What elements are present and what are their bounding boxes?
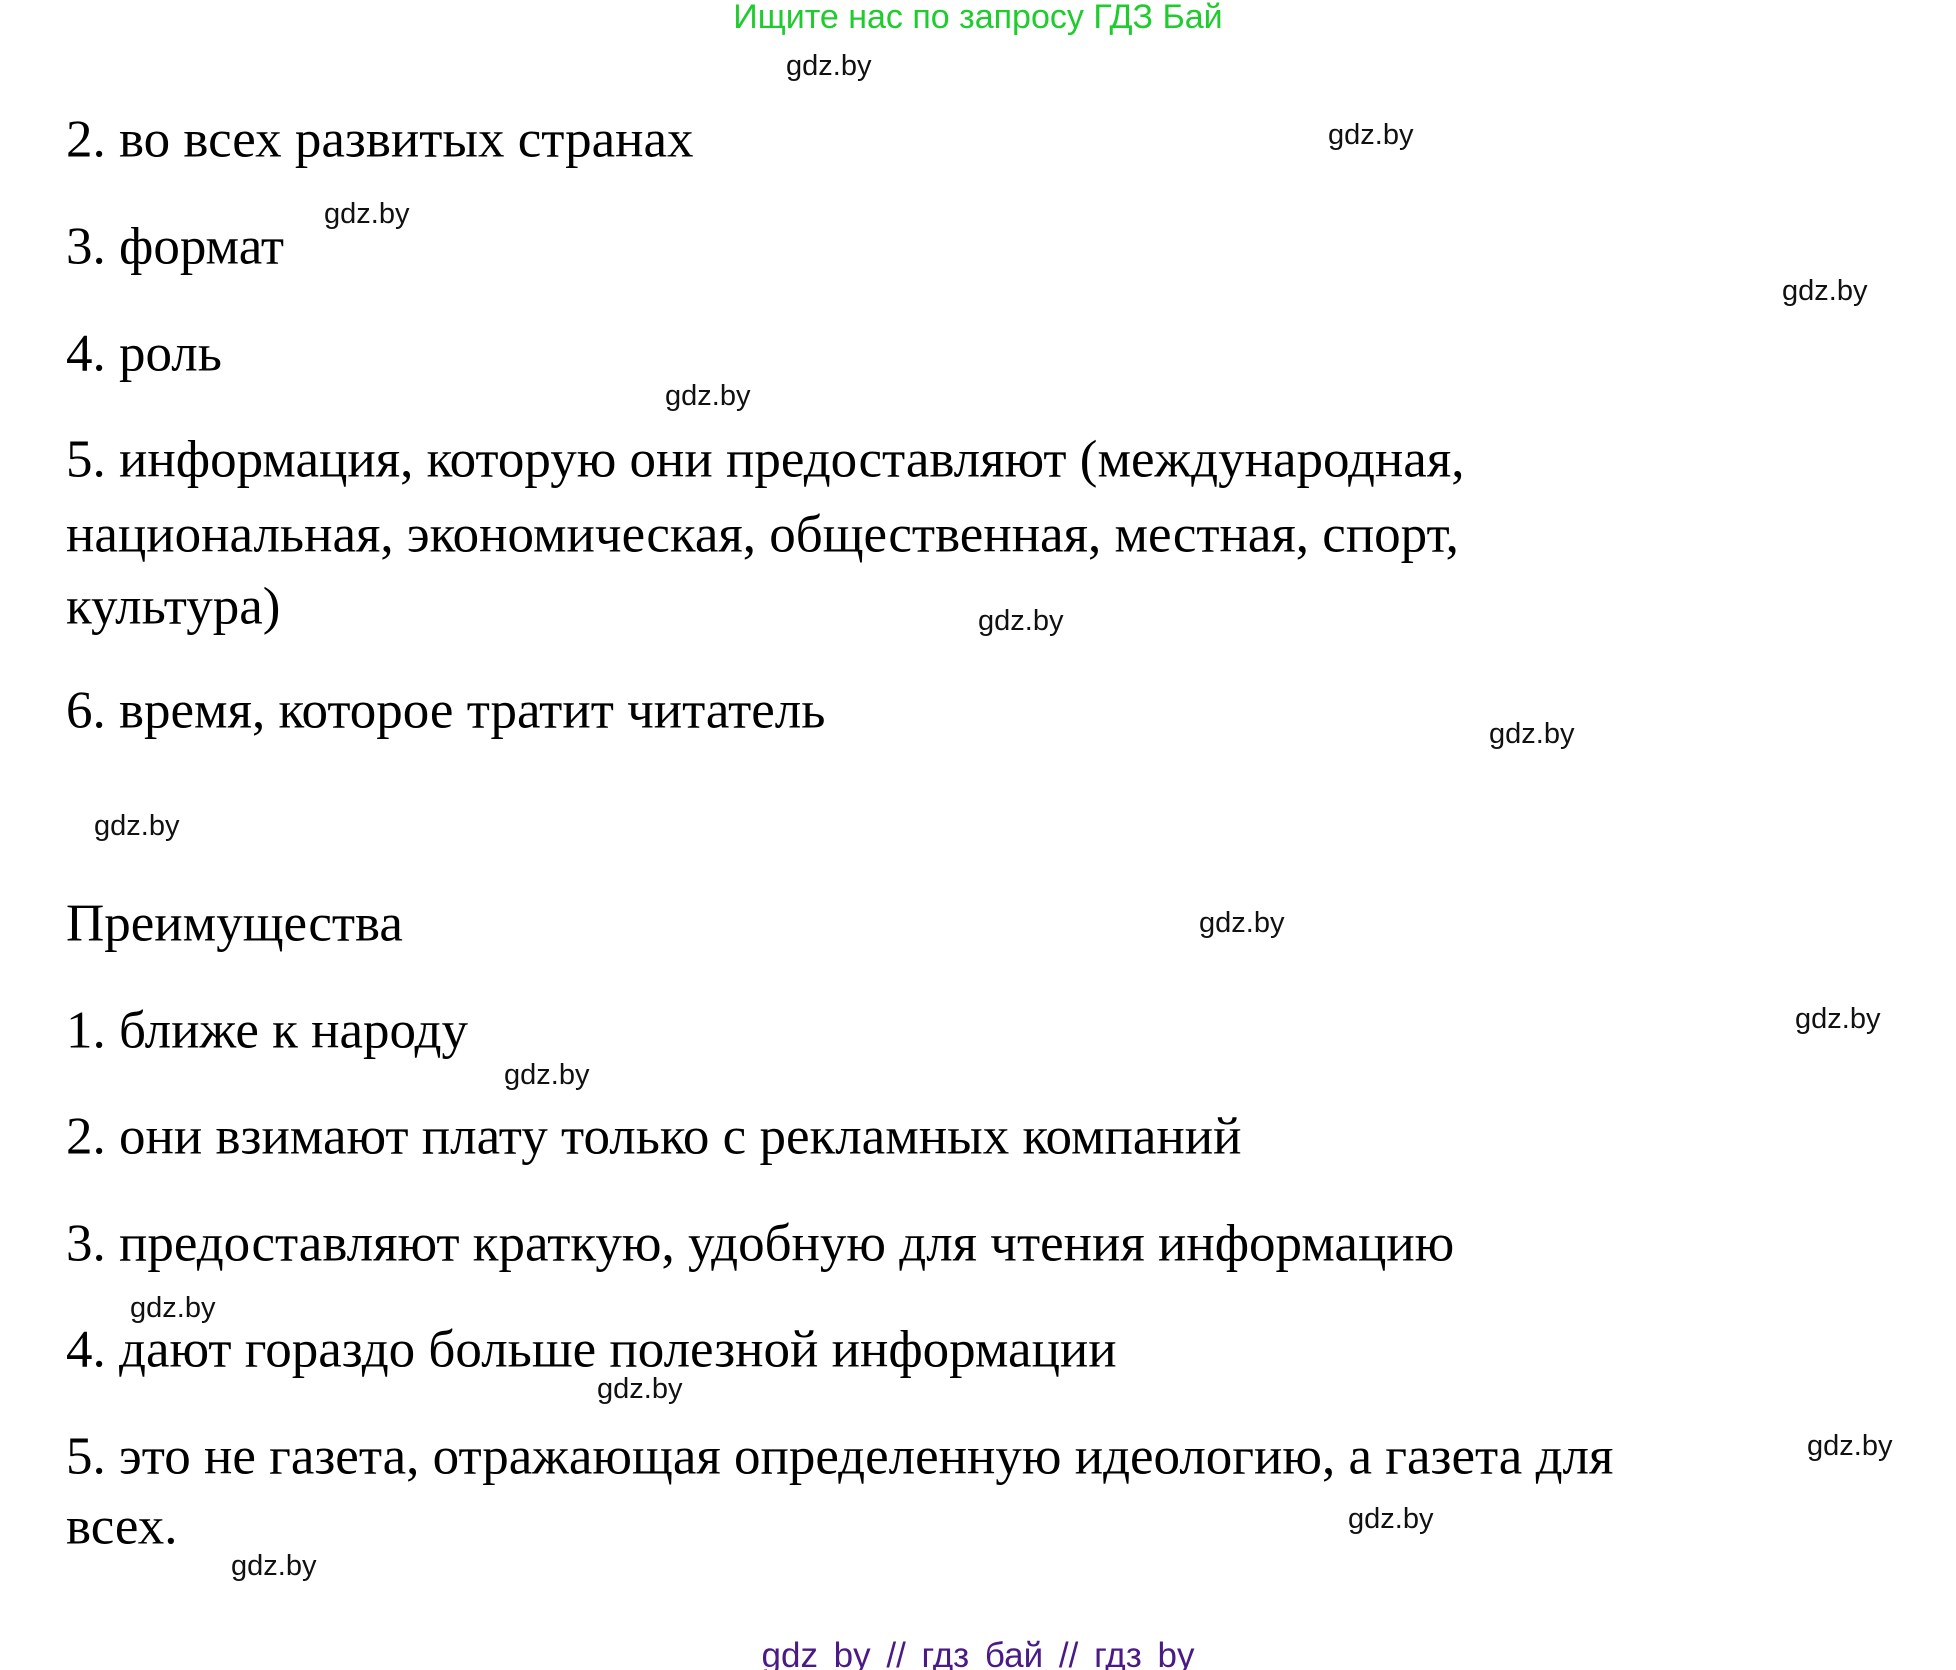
answer-line: культура) bbox=[66, 581, 280, 634]
watermark: gdz.by bbox=[1782, 277, 1867, 306]
answer-line: 2. во всех развитых странах bbox=[66, 114, 694, 167]
watermark: gdz.by bbox=[786, 52, 871, 81]
advantage-line: 3. предоставляют краткую, удобную для чт… bbox=[66, 1218, 1454, 1271]
watermark: gdz.by bbox=[1348, 1505, 1433, 1534]
watermark: gdz.by bbox=[665, 382, 750, 411]
watermark: gdz.by bbox=[130, 1294, 215, 1323]
watermark: gdz.by bbox=[597, 1375, 682, 1404]
advantage-line: 1. ближе к народу bbox=[66, 1005, 468, 1058]
watermark: gdz.by bbox=[978, 607, 1063, 636]
watermark: gdz.by bbox=[504, 1061, 589, 1090]
answer-line: 3. формат bbox=[66, 221, 284, 274]
advantage-line: 5. это не газета, отражающая определенну… bbox=[66, 1431, 1613, 1484]
watermark: gdz.by bbox=[1807, 1432, 1892, 1461]
watermark: gdz.by bbox=[324, 200, 409, 229]
advantage-line: всех. bbox=[66, 1501, 177, 1554]
advantage-line: 2. они взимают плату только с рекламных … bbox=[66, 1111, 1242, 1164]
watermark: gdz.by bbox=[1328, 121, 1413, 150]
watermark: gdz.by bbox=[94, 812, 179, 841]
watermark: gdz.by bbox=[1795, 1005, 1880, 1034]
section-heading: Преимущества bbox=[66, 898, 403, 951]
answer-line: 5. информация, которую они предоставляют… bbox=[66, 434, 1464, 487]
answer-line: 4. роль bbox=[66, 328, 222, 381]
answer-line: национальная, экономическая, общественна… bbox=[66, 509, 1459, 562]
search-hint-banner: Ищите нас по запросу ГДЗ Бай bbox=[0, 0, 1956, 37]
advantage-line: 4. дают гораздо больше полезной информац… bbox=[66, 1324, 1117, 1377]
watermark: gdz.by bbox=[1199, 909, 1284, 938]
watermark: gdz.by bbox=[231, 1552, 316, 1581]
answer-line: 6. время, которое тратит читатель bbox=[66, 685, 825, 738]
watermark: gdz.by bbox=[1489, 720, 1574, 749]
footer-watermark: gdz by // гдз бай // гдз by bbox=[0, 1636, 1956, 1670]
